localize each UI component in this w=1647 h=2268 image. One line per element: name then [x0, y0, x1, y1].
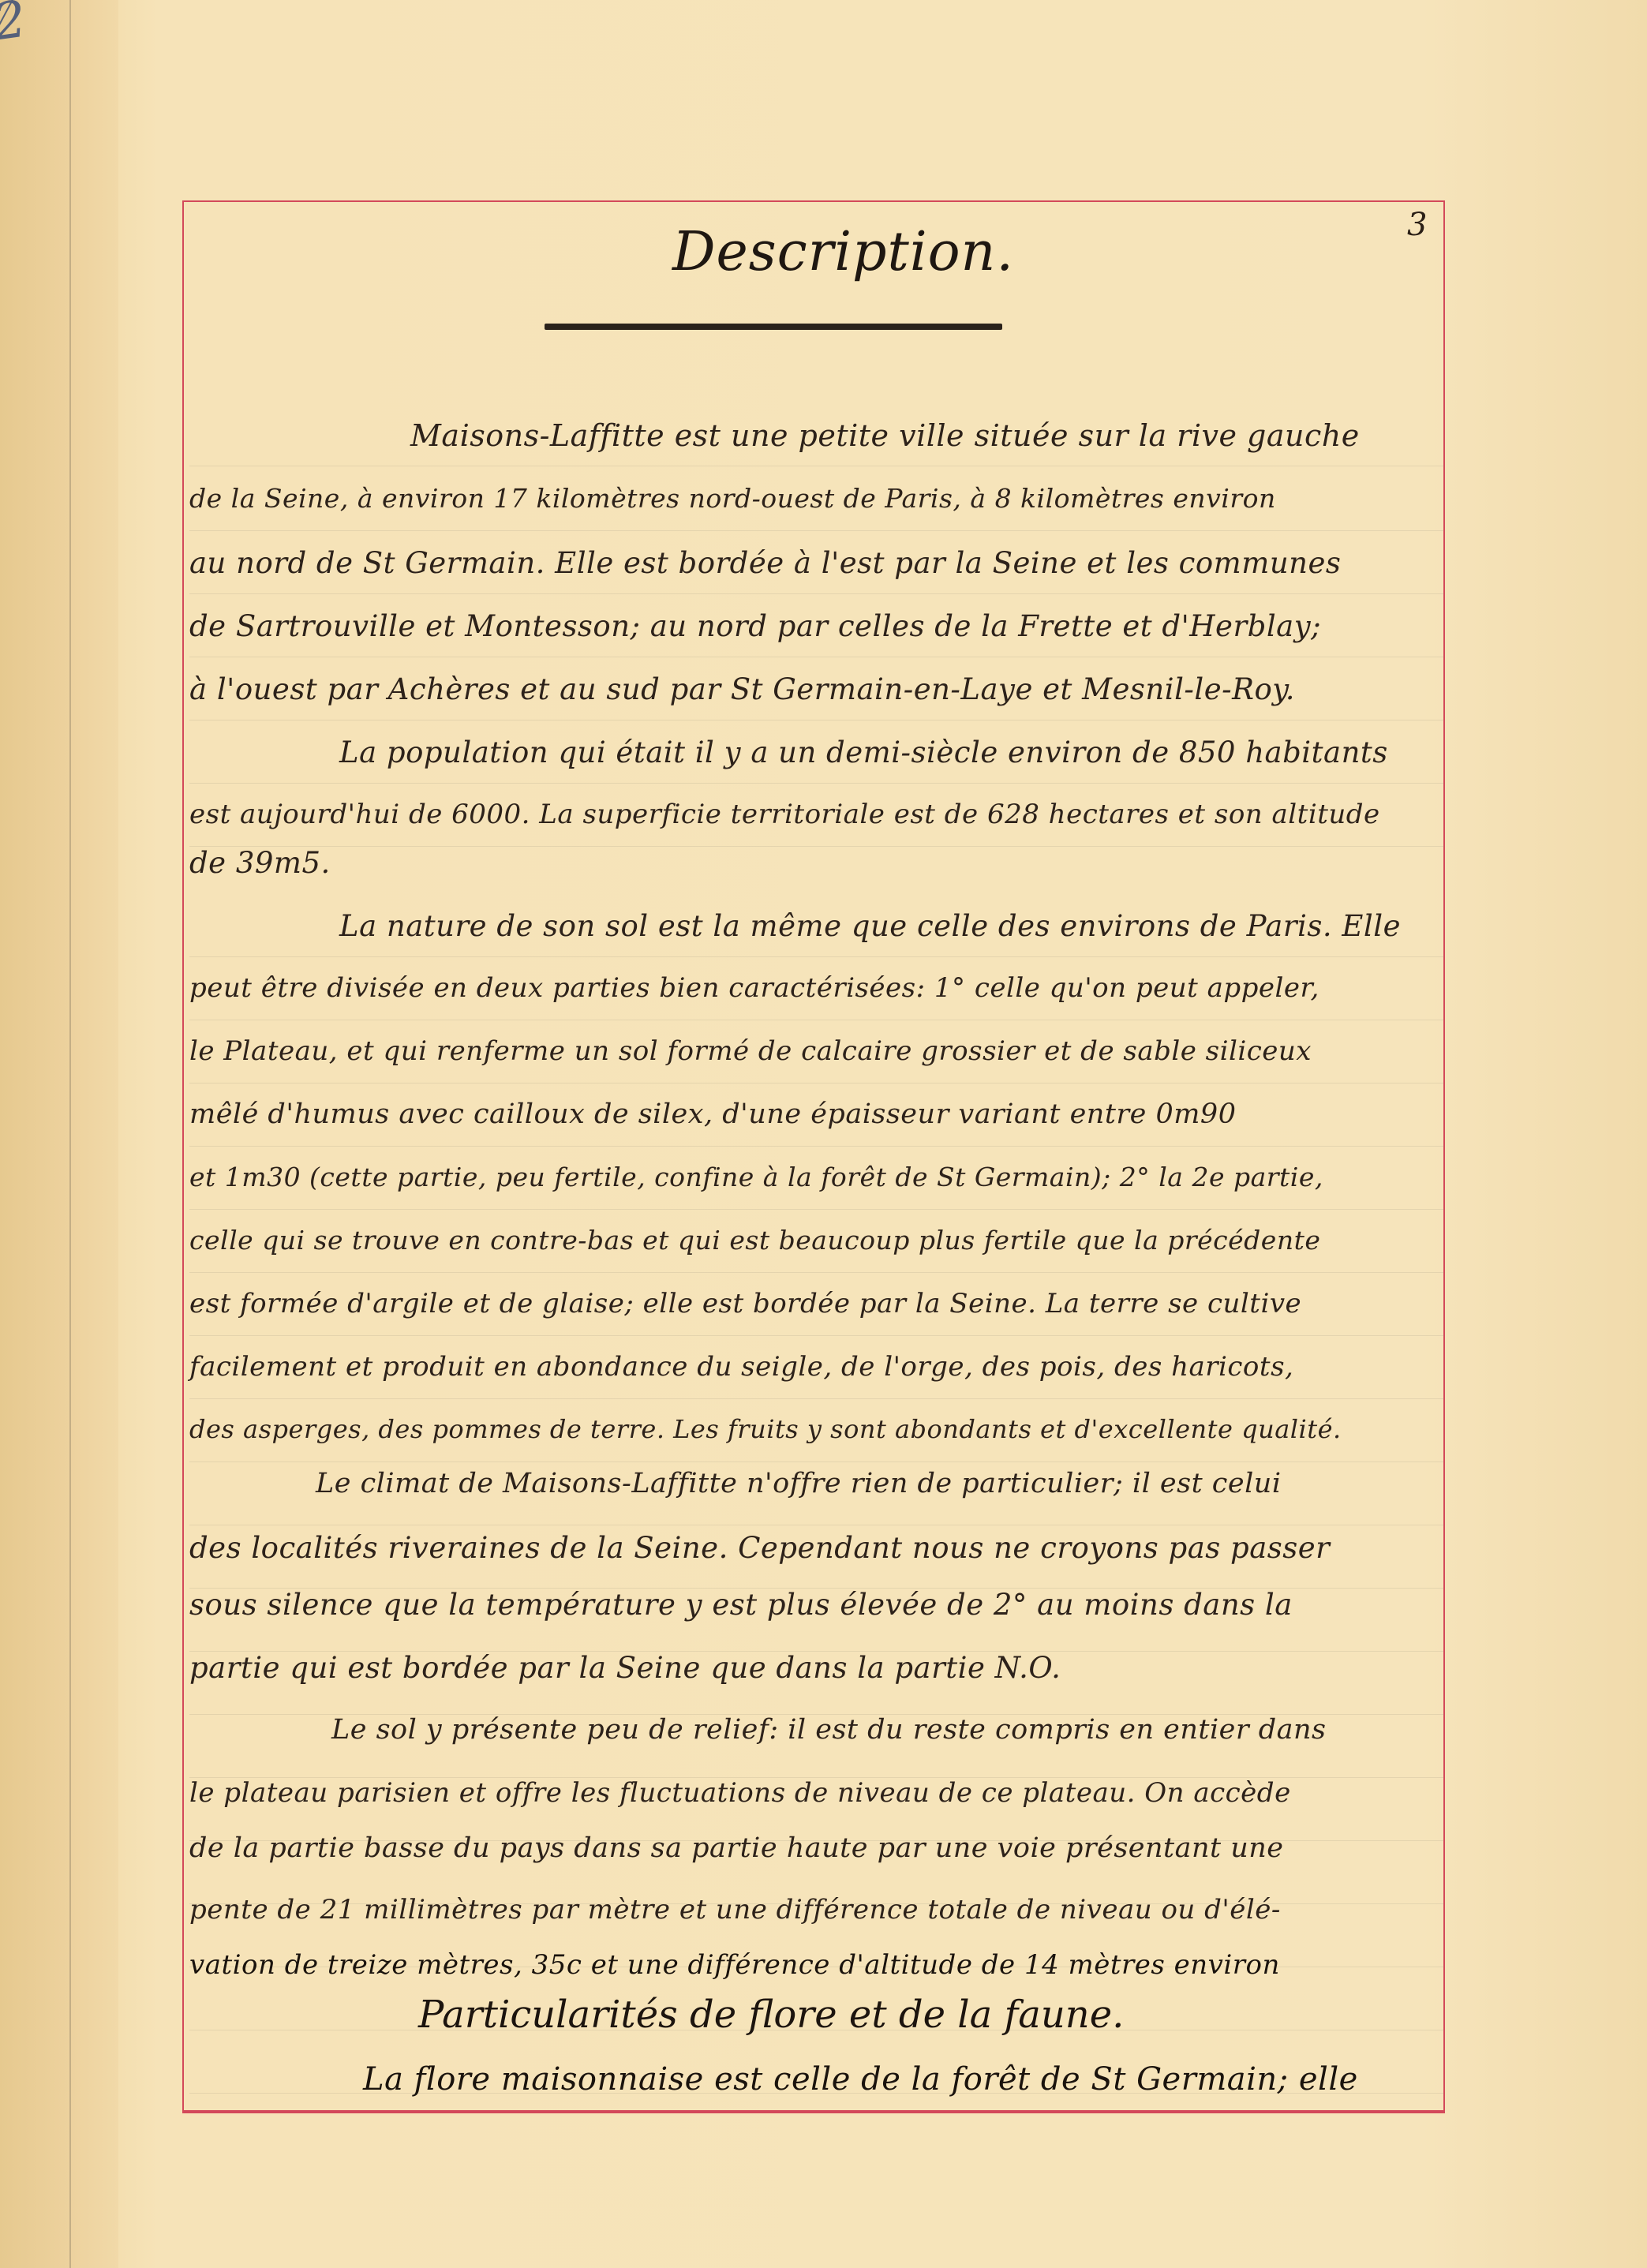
page-title: Description. — [0, 221, 1647, 283]
text-line: est formée d'argile et de glaise; elle e… — [189, 1288, 1301, 1319]
text-line: pente de 21 millimètres par mètre et une… — [189, 1894, 1281, 1926]
text-line: à l'ouest par Achères et au sud par St G… — [189, 672, 1295, 706]
ruled-line — [189, 956, 1444, 957]
text-line: sous silence que la température y est pl… — [189, 1588, 1293, 1622]
text-line: de 39m5. — [189, 846, 331, 880]
text-line: des localités riveraines de la Seine. Ce… — [189, 1531, 1330, 1565]
text-line: au nord de St Germain. Elle est bordée à… — [189, 546, 1341, 580]
ruled-line — [189, 1335, 1444, 1336]
ruled-line — [189, 720, 1444, 720]
text-line: mêlé d'humus avec cailloux de silex, d'u… — [189, 1098, 1236, 1130]
text-line: Le sol y présente peu de relief: il est … — [331, 1714, 1327, 1746]
text-line: partie qui est bordée par la Seine que d… — [189, 1651, 1061, 1685]
text-line: facilement et produit en abondance du se… — [189, 1351, 1293, 1383]
ruled-line — [189, 846, 1444, 847]
text-line: le plateau parisien et offre les fluctua… — [189, 1777, 1291, 1809]
ruled-line — [189, 1083, 1444, 1083]
ruled-line — [189, 783, 1444, 784]
text-line: Maisons-Laffitte est une petite ville si… — [410, 418, 1360, 453]
text-line: le Plateau, et qui renferme un sol formé… — [189, 1035, 1312, 1067]
text-line: celle qui se trouve en contre-bas et qui… — [189, 1225, 1320, 1256]
title-underline-rule — [545, 324, 1002, 330]
text-line: La flore maisonnaise est celle de la for… — [363, 2061, 1358, 2098]
ruled-line — [189, 1272, 1444, 1273]
text-line: La population qui était il y a un demi-s… — [339, 735, 1388, 769]
ruled-line — [189, 593, 1444, 594]
ruled-line — [189, 1461, 1444, 1462]
text-line: de la Seine, à environ 17 kilomètres nor… — [189, 483, 1276, 514]
text-line: et 1m30 (cette partie, peu fertile, conf… — [189, 1162, 1323, 1192]
text-line: des asperges, des pommes de terre. Les f… — [189, 1414, 1342, 1444]
page-binding-edge — [0, 0, 118, 2268]
text-line: peut être divisée en deux parties bien c… — [189, 972, 1319, 1004]
section-subheading: Particularités de flore et de la faune. — [418, 1993, 1124, 2037]
ruled-line — [189, 1146, 1444, 1147]
ruled-line — [189, 466, 1444, 466]
text-line: est aujourd'hui de 6000. La superficie t… — [189, 799, 1380, 830]
ruled-line — [189, 1525, 1444, 1525]
text-line: La nature de son sol est la même que cel… — [339, 909, 1401, 943]
ruled-line — [189, 1020, 1444, 1020]
text-line: vation de treize mètres, 35c et une diff… — [189, 1949, 1280, 1981]
text-line: Le climat de Maisons-Laffitte n'offre ri… — [316, 1468, 1282, 1499]
ruled-line — [189, 657, 1444, 657]
text-line: de Sartrouville et Montesson; au nord pa… — [189, 609, 1321, 643]
ruled-line — [189, 1209, 1444, 1210]
ruled-line — [189, 1398, 1444, 1399]
ruled-line — [189, 530, 1444, 531]
binding-fold-line — [69, 0, 71, 2268]
text-line: de la partie basse du pays dans sa parti… — [189, 1832, 1284, 1864]
